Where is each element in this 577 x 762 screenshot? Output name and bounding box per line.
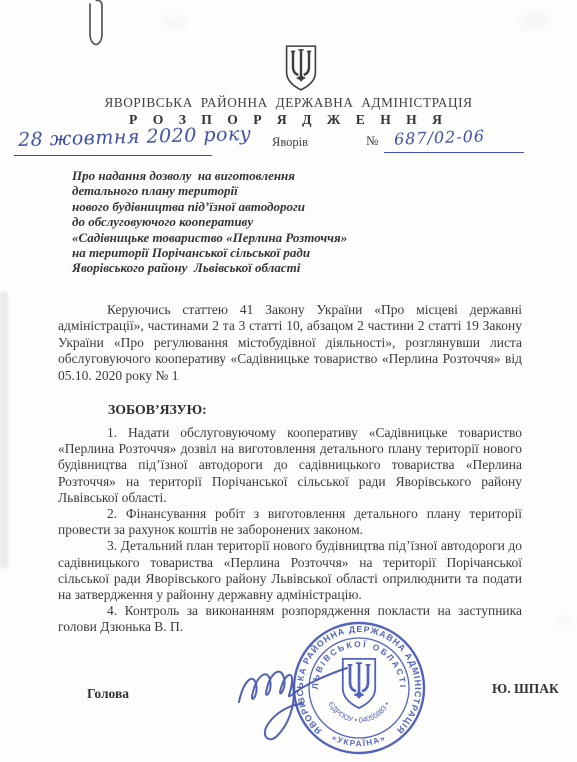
- number-underline: [384, 152, 524, 153]
- order-item-3: 3. Детальний план території нового будів…: [58, 538, 522, 603]
- scan-smudge: [556, 616, 572, 626]
- document-number-label: №: [366, 133, 378, 149]
- handwritten-signature: [233, 640, 357, 752]
- paperclip-icon: [84, 0, 108, 48]
- scan-smudge: [162, 16, 184, 30]
- subject-line: Про надання дозволу на виготовлення: [72, 168, 502, 183]
- order-keyword: ЗОБОВ’ЯЗУЮ:: [108, 402, 207, 418]
- signer-name: Ю. ШПАК: [492, 681, 559, 697]
- handwritten-document-number: 687/02-06: [394, 126, 486, 148]
- subject-line: «Садівницьке товариство «Перлина Розточч…: [72, 230, 502, 245]
- document-type-title: Р О З П О Р Я Д Ж Е Н Н Я: [0, 112, 577, 128]
- organization-name: ЯВОРІВСЬКА РАЙОННА ДЕРЖАВНА АДМІНІСТРАЦІ…: [0, 95, 577, 111]
- coat-of-arms-trident-icon: [285, 43, 317, 93]
- scanned-document-page: ЯВОРІВСЬКА РАЙОННА ДЕРЖАВНА АДМІНІСТРАЦІ…: [0, 0, 577, 762]
- scan-smudge: [520, 12, 550, 30]
- order-item-1: 1. Надати обслуговуючому кооперативу «Са…: [58, 425, 522, 506]
- scan-edge-shadow: [0, 292, 8, 568]
- order-items: 1. Надати обслуговуючому кооперативу «Са…: [58, 425, 522, 636]
- date-underline: [14, 155, 212, 156]
- subject-line: нового будівництва під’їзної автодороги: [72, 199, 502, 214]
- subject-line: на території Порічанської сільської ради: [72, 245, 502, 260]
- preamble-paragraph: Керуючись статтею 41 Закону України «Про…: [58, 302, 522, 384]
- handwritten-date: 28 жовтня 2020 року: [18, 123, 252, 151]
- order-item-2: 2. Фінансування робіт з виготовлення дет…: [58, 506, 522, 538]
- signer-position: Голова: [87, 686, 129, 702]
- subject-line: до обслуговуючого кооперативу: [72, 214, 502, 229]
- subject-line: Яворівського району Львівської області: [72, 260, 502, 275]
- document-subject: Про надання дозволу на виготовлення дета…: [72, 168, 502, 276]
- city-label: Яворів: [272, 135, 308, 150]
- subject-line: детального плану території: [72, 183, 502, 198]
